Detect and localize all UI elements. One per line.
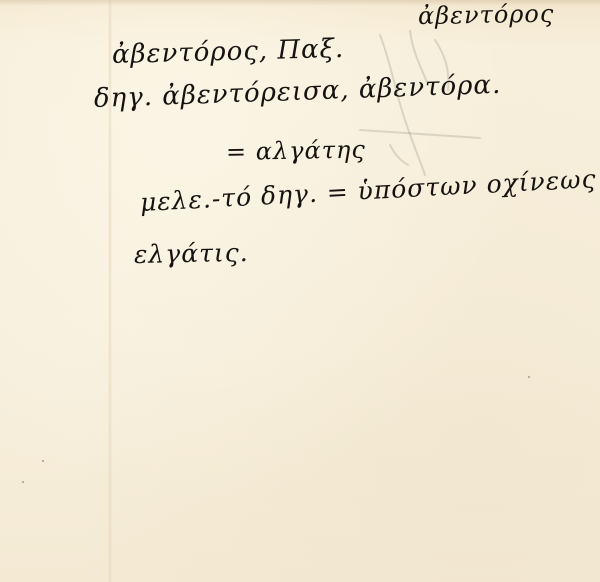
manuscript-page: ἀβεντόρος ἀβεντόρος, Παξ. δηγ. ἀβεντόρει… <box>0 0 600 582</box>
handwritten-line-1: ἀβεντόρος, Παξ. <box>112 34 345 70</box>
ink-bleed-through-marks <box>350 30 490 180</box>
paper-speck <box>22 481 24 483</box>
handwritten-line-5: ελγάτις. <box>134 238 249 269</box>
paper-speck <box>528 376 530 378</box>
handwritten-header-word: ἀβεντόρος <box>418 0 555 30</box>
paper-speck <box>42 460 44 462</box>
handwritten-line-3: = αλγάτης <box>226 136 366 166</box>
